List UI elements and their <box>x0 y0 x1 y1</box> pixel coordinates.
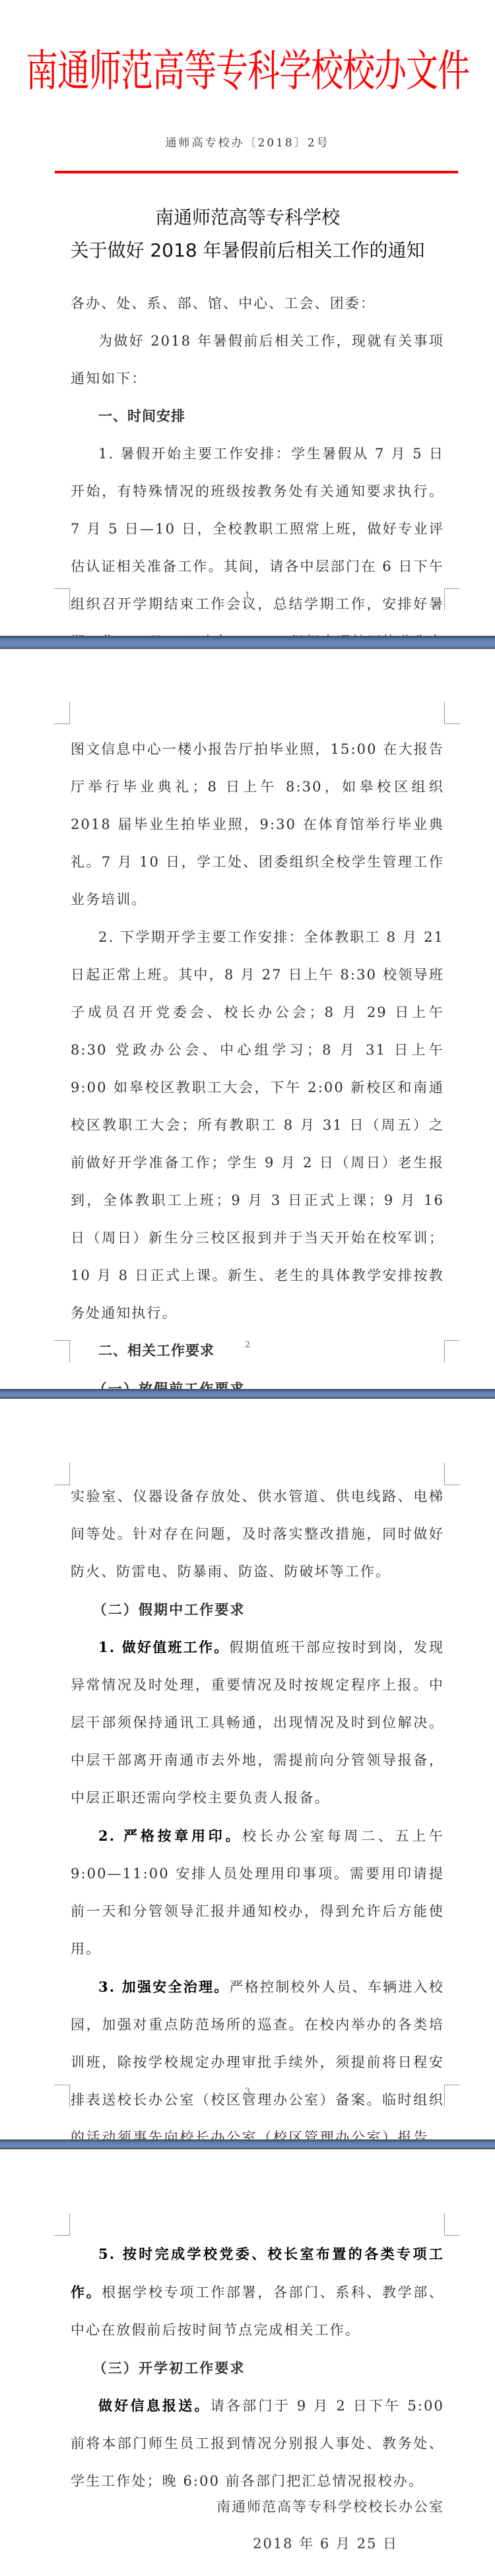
intro-paragraph: 为做好 2018 年暑假前后相关工作，现就有关事项通知如下： <box>71 322 444 398</box>
section-heading: 二、相关工作要求 <box>71 1332 444 1370</box>
paragraph-lead: 1. 做好值班工作。 <box>98 1639 230 1655</box>
body-paragraph: 图文信息中心一楼小报告厅拍毕业照，15:00 在大报告厅举行毕业典礼；8 日上午… <box>71 731 444 919</box>
paragraph-text: 假期值班干部应按时到岗，发现异常情况及时处理，重要情况及时按规定程序上报。中层干… <box>71 1640 444 1806</box>
page-margin-mark <box>54 702 70 724</box>
page-separator <box>0 1389 495 1399</box>
signature-office: 南通师范高等专科学校校长办公室 <box>0 2496 444 2516</box>
page-margin-mark <box>54 2213 70 2236</box>
signature-date: 2018 年 6 月 25 日 <box>0 2533 398 2553</box>
page-margin-mark <box>444 1463 460 1485</box>
page-margin-mark <box>444 702 460 724</box>
page-separator <box>0 636 495 649</box>
body-paragraph: 1. 做好值班工作。假期值班干部应按时到岗，发现异常情况及时处理，重要情况及时按… <box>71 1628 444 1817</box>
paragraph-text: 校长办公室每周二、五上午 9:00—11:00 安排人员处理用印事项。需要用印请… <box>71 1828 444 1957</box>
page-3: 实验室、仪器设备存放处、供水管道、供电线路、电梯间等处。针对存在问题，及时落实整… <box>0 1399 495 2139</box>
page-number: 2 <box>0 1340 495 1350</box>
salutation: 各办、处、系、部、馆、中心、工会、团委： <box>71 285 444 322</box>
red-divider-line <box>55 171 458 173</box>
body-paragraph: 2. 严格按章用印。校长办公室每周二、五上午 9:00—11:00 安排人员处理… <box>71 1817 444 1968</box>
page-1: 南通师范高等专科学校校办文件 通师高专校办〔2018〕2号 南通师范高等专科学校… <box>0 0 495 636</box>
subsection-heading: （三）开学初工作要求 <box>71 2349 444 2387</box>
paragraph-lead: 做好信息报送。 <box>98 2397 211 2414</box>
page-margin-mark <box>54 1463 70 1485</box>
page-number: 1 <box>0 591 495 601</box>
page-margin-mark <box>444 2213 460 2236</box>
subsection-heading: （二）假期中工作要求 <box>71 1591 444 1628</box>
body-paragraph: 5. 按时完成学校党委、校长室布置的各类专项工作。根据学校专项工作部署，各部门、… <box>71 2235 444 2349</box>
page-separator <box>0 2139 495 2149</box>
paragraph-lead: 3. 加强安全治理。 <box>98 1978 230 1995</box>
page-number: 3 <box>0 2087 495 2097</box>
body-paragraph: 实验室、仪器设备存放处、供水管道、供电线路、电梯间等处。针对存在问题，及时落实整… <box>71 1478 444 1591</box>
red-letterhead: 南通师范高等专科学校校办文件 <box>0 37 495 100</box>
paragraph-lead: 2. 严格按章用印。 <box>98 1827 242 1844</box>
notice-title-line2: 关于做好 2018 年暑假前后相关工作的通知 <box>0 236 495 262</box>
document-number: 通师高专校办〔2018〕2号 <box>0 133 495 150</box>
page-4-body: 5. 按时完成学校党委、校长室布置的各类专项工作。根据学校专项工作部署，各部门、… <box>71 2235 444 2500</box>
notice-title-line1: 南通师范高等专科学校 <box>0 203 495 230</box>
page-2: 图文信息中心一楼小报告厅拍毕业照，15:00 在大报告厅举行毕业典礼；8 日上午… <box>0 649 495 1389</box>
section-heading: 一、时间安排 <box>71 398 444 435</box>
body-paragraph: 做好信息报送。请各部门于 9 月 2 日下午 5:00 前将本部门师生员工报到情… <box>71 2387 444 2500</box>
paragraph-text: 根据学校专项工作部署，各部门、系科、教学部、中心在放假前后按时间节点完成相关工作… <box>71 2285 444 2338</box>
page-4: 5. 按时完成学校党委、校长室布置的各类专项工作。根据学校专项工作部署，各部门、… <box>0 2149 495 2576</box>
body-paragraph: 2. 下学期开学主要工作安排：全体教职工 8 月 21 日起正常上班。其中，8 … <box>71 919 444 1332</box>
document-viewer: 南通师范高等专科学校校办文件 通师高专校办〔2018〕2号 南通师范高等专科学校… <box>0 0 495 2576</box>
